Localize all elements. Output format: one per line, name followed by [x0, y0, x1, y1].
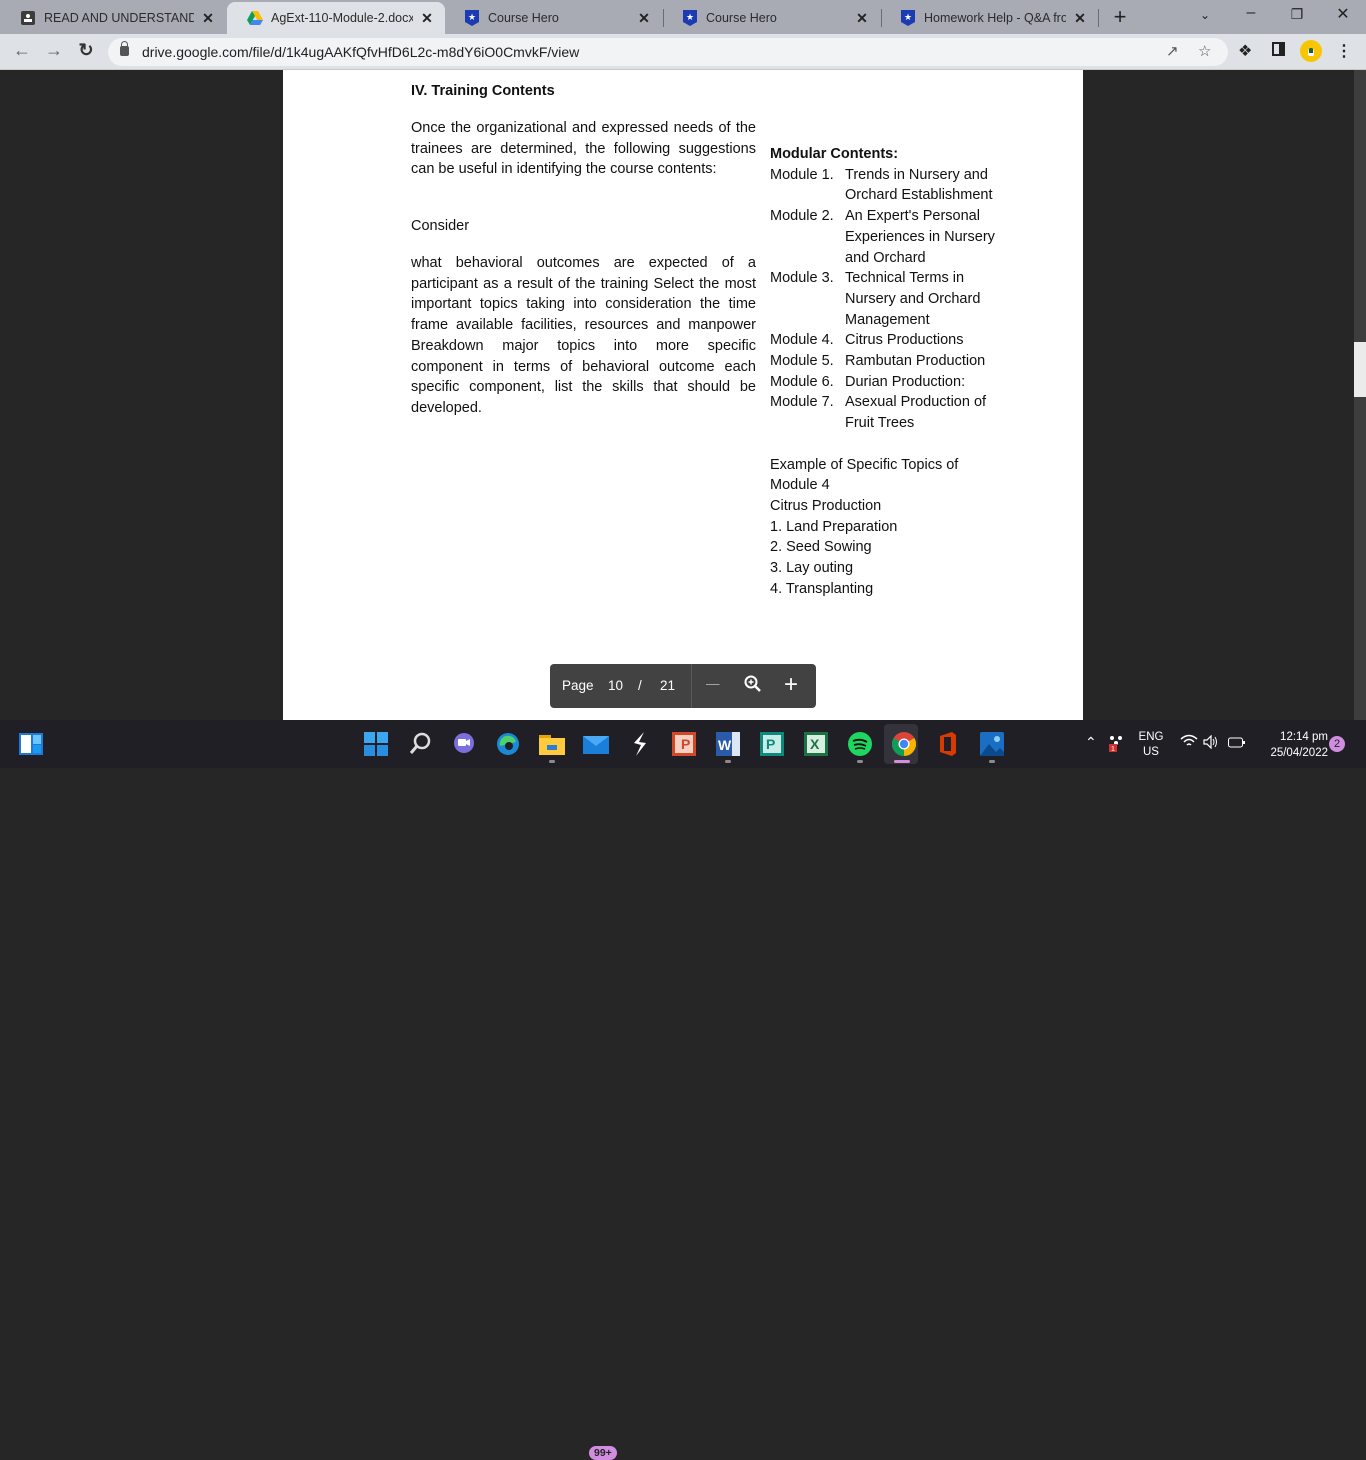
page-label: Page [562, 678, 594, 693]
close-icon[interactable]: ✕ [419, 10, 435, 27]
language-indicator[interactable]: ENG US [1136, 730, 1166, 760]
tray-app-icon[interactable]: 1 [1108, 735, 1124, 756]
modular-contents: Modular Contents: Module 1.Trends in Nur… [770, 144, 1000, 599]
battery-icon[interactable] [1228, 737, 1246, 752]
app-lightning-icon[interactable] [627, 731, 653, 757]
example-subtitle: Citrus Production [770, 496, 1000, 517]
tab-search-icon[interactable]: ⌄ [1190, 8, 1220, 22]
forward-button[interactable]: → [42, 40, 66, 61]
body-paragraph: what behavioral outcomes are expected of… [411, 253, 756, 419]
clock[interactable]: 12:14 pm 25/04/2022 [1256, 729, 1328, 761]
excel-icon[interactable]: X [803, 731, 829, 757]
show-hidden-icons-chevron[interactable]: ⌃ [1085, 734, 1097, 751]
edge-icon[interactable] [495, 731, 521, 757]
page-navigation-control: Page 10 / 21 — + [550, 664, 816, 708]
total-pages: 21 [660, 678, 675, 693]
close-window-button[interactable]: ✕ [1328, 4, 1358, 24]
document-viewer: IV. Training Contents Once the organizat… [0, 70, 1366, 720]
module-number: Module 5. [770, 351, 845, 372]
module-item: Module 5.Rambutan Production [770, 351, 1000, 372]
svg-text:W: W [718, 737, 732, 753]
publisher-icon[interactable]: P [759, 731, 785, 757]
svg-text:1: 1 [1111, 746, 1115, 753]
svg-text:P: P [681, 736, 690, 752]
running-indicator [989, 760, 995, 763]
extensions-puzzle-icon[interactable]: ❖ [1238, 41, 1252, 61]
module-title: Trends in Nursery and Orchard Establishm… [845, 165, 1000, 206]
intro-paragraph: Once the organizational and expressed ne… [411, 118, 756, 180]
browser-toolbar: ← → ↻ drive.google.com/file/d/1k4ugAAKfQ… [0, 34, 1366, 70]
zoom-out-button[interactable]: — [706, 676, 720, 691]
profile-avatar[interactable] [1300, 40, 1322, 62]
volume-icon[interactable] [1203, 735, 1219, 752]
photos-icon[interactable] [979, 731, 1005, 757]
module-title: Durian Production: [845, 372, 1000, 393]
close-icon[interactable]: ✕ [854, 10, 870, 27]
running-indicator [725, 760, 731, 763]
document-page: IV. Training Contents Once the organizat… [283, 70, 1083, 720]
topic-item: 3. Lay outing [770, 558, 1000, 579]
topic-item: 4. Transplanting [770, 579, 1000, 600]
address-bar[interactable]: drive.google.com/file/d/1k4ugAAKfQfvHfD6… [108, 38, 1228, 66]
tab-course-hero-1[interactable]: ★ Course Hero ✕ [444, 2, 662, 34]
file-explorer-icon[interactable] [539, 731, 565, 757]
module-number: Module 2. [770, 206, 845, 268]
close-icon[interactable]: ✕ [200, 10, 216, 27]
zoom-icon [744, 675, 762, 696]
section-heading: IV. Training Contents [411, 83, 555, 99]
module-title: Rambutan Production [845, 351, 1000, 372]
tab-read-and-understand[interactable]: READ AND UNDERSTAND LE ✕ [0, 2, 226, 34]
start-icon[interactable] [363, 731, 389, 757]
module-title: Asexual Production of Fruit Trees [845, 392, 1000, 433]
example-title: Example of Specific Topics of Module 4 [770, 455, 1000, 496]
lock-icon [120, 46, 129, 56]
course-hero-icon: ★ [682, 10, 698, 26]
word-icon[interactable]: W [715, 731, 741, 757]
active-indicator [894, 760, 910, 763]
running-indicator [549, 760, 555, 763]
bookmark-star-icon[interactable]: ☆ [1198, 42, 1211, 60]
module-item: Module 2.An Expert's Personal Experience… [770, 206, 1000, 268]
notification-badge[interactable]: 2 [1329, 736, 1345, 752]
running-indicator [857, 760, 863, 763]
module-item: Module 7.Asexual Production of Fruit Tre… [770, 392, 1000, 433]
module-item: Module 6.Durian Production: [770, 372, 1000, 393]
classroom-icon [20, 10, 36, 26]
time-label: 12:14 pm [1256, 729, 1328, 745]
module-title: An Expert's Personal Experiences in Nurs… [845, 206, 1000, 268]
restore-button[interactable]: ❐ [1282, 6, 1312, 23]
google-drive-icon [247, 10, 263, 26]
module-title: Citrus Productions [845, 330, 1000, 351]
topic-item: 2. Seed Sowing [770, 537, 1000, 558]
tab-agext-module[interactable]: AgExt-110-Module-2.docx - ✕ [227, 2, 445, 34]
module-item: Module 4.Citrus Productions [770, 330, 1000, 351]
module-number: Module 6. [770, 372, 845, 393]
svg-text:P: P [766, 736, 775, 752]
module-number: Module 4. [770, 330, 845, 351]
zoom-in-button[interactable]: + [784, 671, 798, 699]
tab-strip: READ AND UNDERSTAND LE ✕ AgExt-110-Modul… [0, 0, 1366, 34]
svg-text:★: ★ [468, 12, 476, 22]
course-hero-icon: ★ [464, 10, 480, 26]
office-icon[interactable] [935, 731, 961, 757]
page-separator: / [638, 678, 642, 693]
new-tab-button[interactable]: + [1108, 4, 1132, 30]
divider [691, 664, 692, 708]
scrollbar[interactable] [1354, 70, 1366, 720]
course-hero-icon: ★ [900, 10, 916, 26]
svg-text:★: ★ [686, 12, 694, 22]
module-number: Module 3. [770, 268, 845, 330]
tab-homework-help[interactable]: ★ Homework Help - Q&A from ✕ [880, 2, 1098, 34]
svg-text:X: X [810, 736, 820, 752]
region-label: US [1136, 745, 1166, 760]
svg-text:★: ★ [904, 12, 912, 22]
search-icon[interactable] [407, 731, 433, 757]
module-item: Module 1.Trends in Nursery and Orchard E… [770, 165, 1000, 206]
date-label: 25/04/2022 [1256, 745, 1328, 761]
close-icon[interactable]: ✕ [636, 10, 652, 27]
powerpoint-icon[interactable]: P [671, 731, 697, 757]
widgets-icon[interactable] [18, 731, 44, 757]
modular-contents-title: Modular Contents: [770, 144, 1000, 165]
menu-kebab-icon[interactable]: ⋮ [1336, 41, 1352, 61]
module-title: Technical Terms in Nursery and Orchard M… [845, 268, 1000, 330]
language-label: ENG [1136, 730, 1166, 745]
chrome-icon[interactable] [891, 731, 917, 757]
share-icon[interactable]: ↗ [1166, 42, 1179, 60]
teams-chat-icon[interactable] [451, 731, 477, 757]
tab-course-hero-2[interactable]: ★ Course Hero ✕ [662, 2, 880, 34]
side-panel-icon[interactable] [1272, 42, 1285, 56]
url-text[interactable]: drive.google.com/file/d/1k4ugAAKfQfvHfD6… [142, 44, 579, 60]
spotify-icon[interactable] [847, 731, 873, 757]
module-number: Module 1. [770, 165, 845, 206]
consider-label: Consider [411, 216, 756, 237]
module-number: Module 7. [770, 392, 845, 433]
windows-taskbar: 99+ P W P X ⌃ 1 ENG US 12:14 pm 25/04/20… [0, 720, 1366, 768]
mail-icon[interactable] [583, 731, 609, 757]
minimize-button[interactable]: – [1236, 4, 1266, 22]
module-item: Module 3.Technical Terms in Nursery and … [770, 268, 1000, 330]
wifi-icon[interactable] [1180, 734, 1198, 751]
tab-separator [1098, 9, 1099, 27]
back-button[interactable]: ← [10, 40, 34, 61]
scrollbar-thumb[interactable] [1354, 342, 1366, 397]
current-page-input[interactable]: 10 [608, 678, 623, 693]
reload-button[interactable]: ↻ [74, 40, 98, 61]
close-icon[interactable]: ✕ [1072, 10, 1088, 27]
topic-item: 1. Land Preparation [770, 517, 1000, 538]
